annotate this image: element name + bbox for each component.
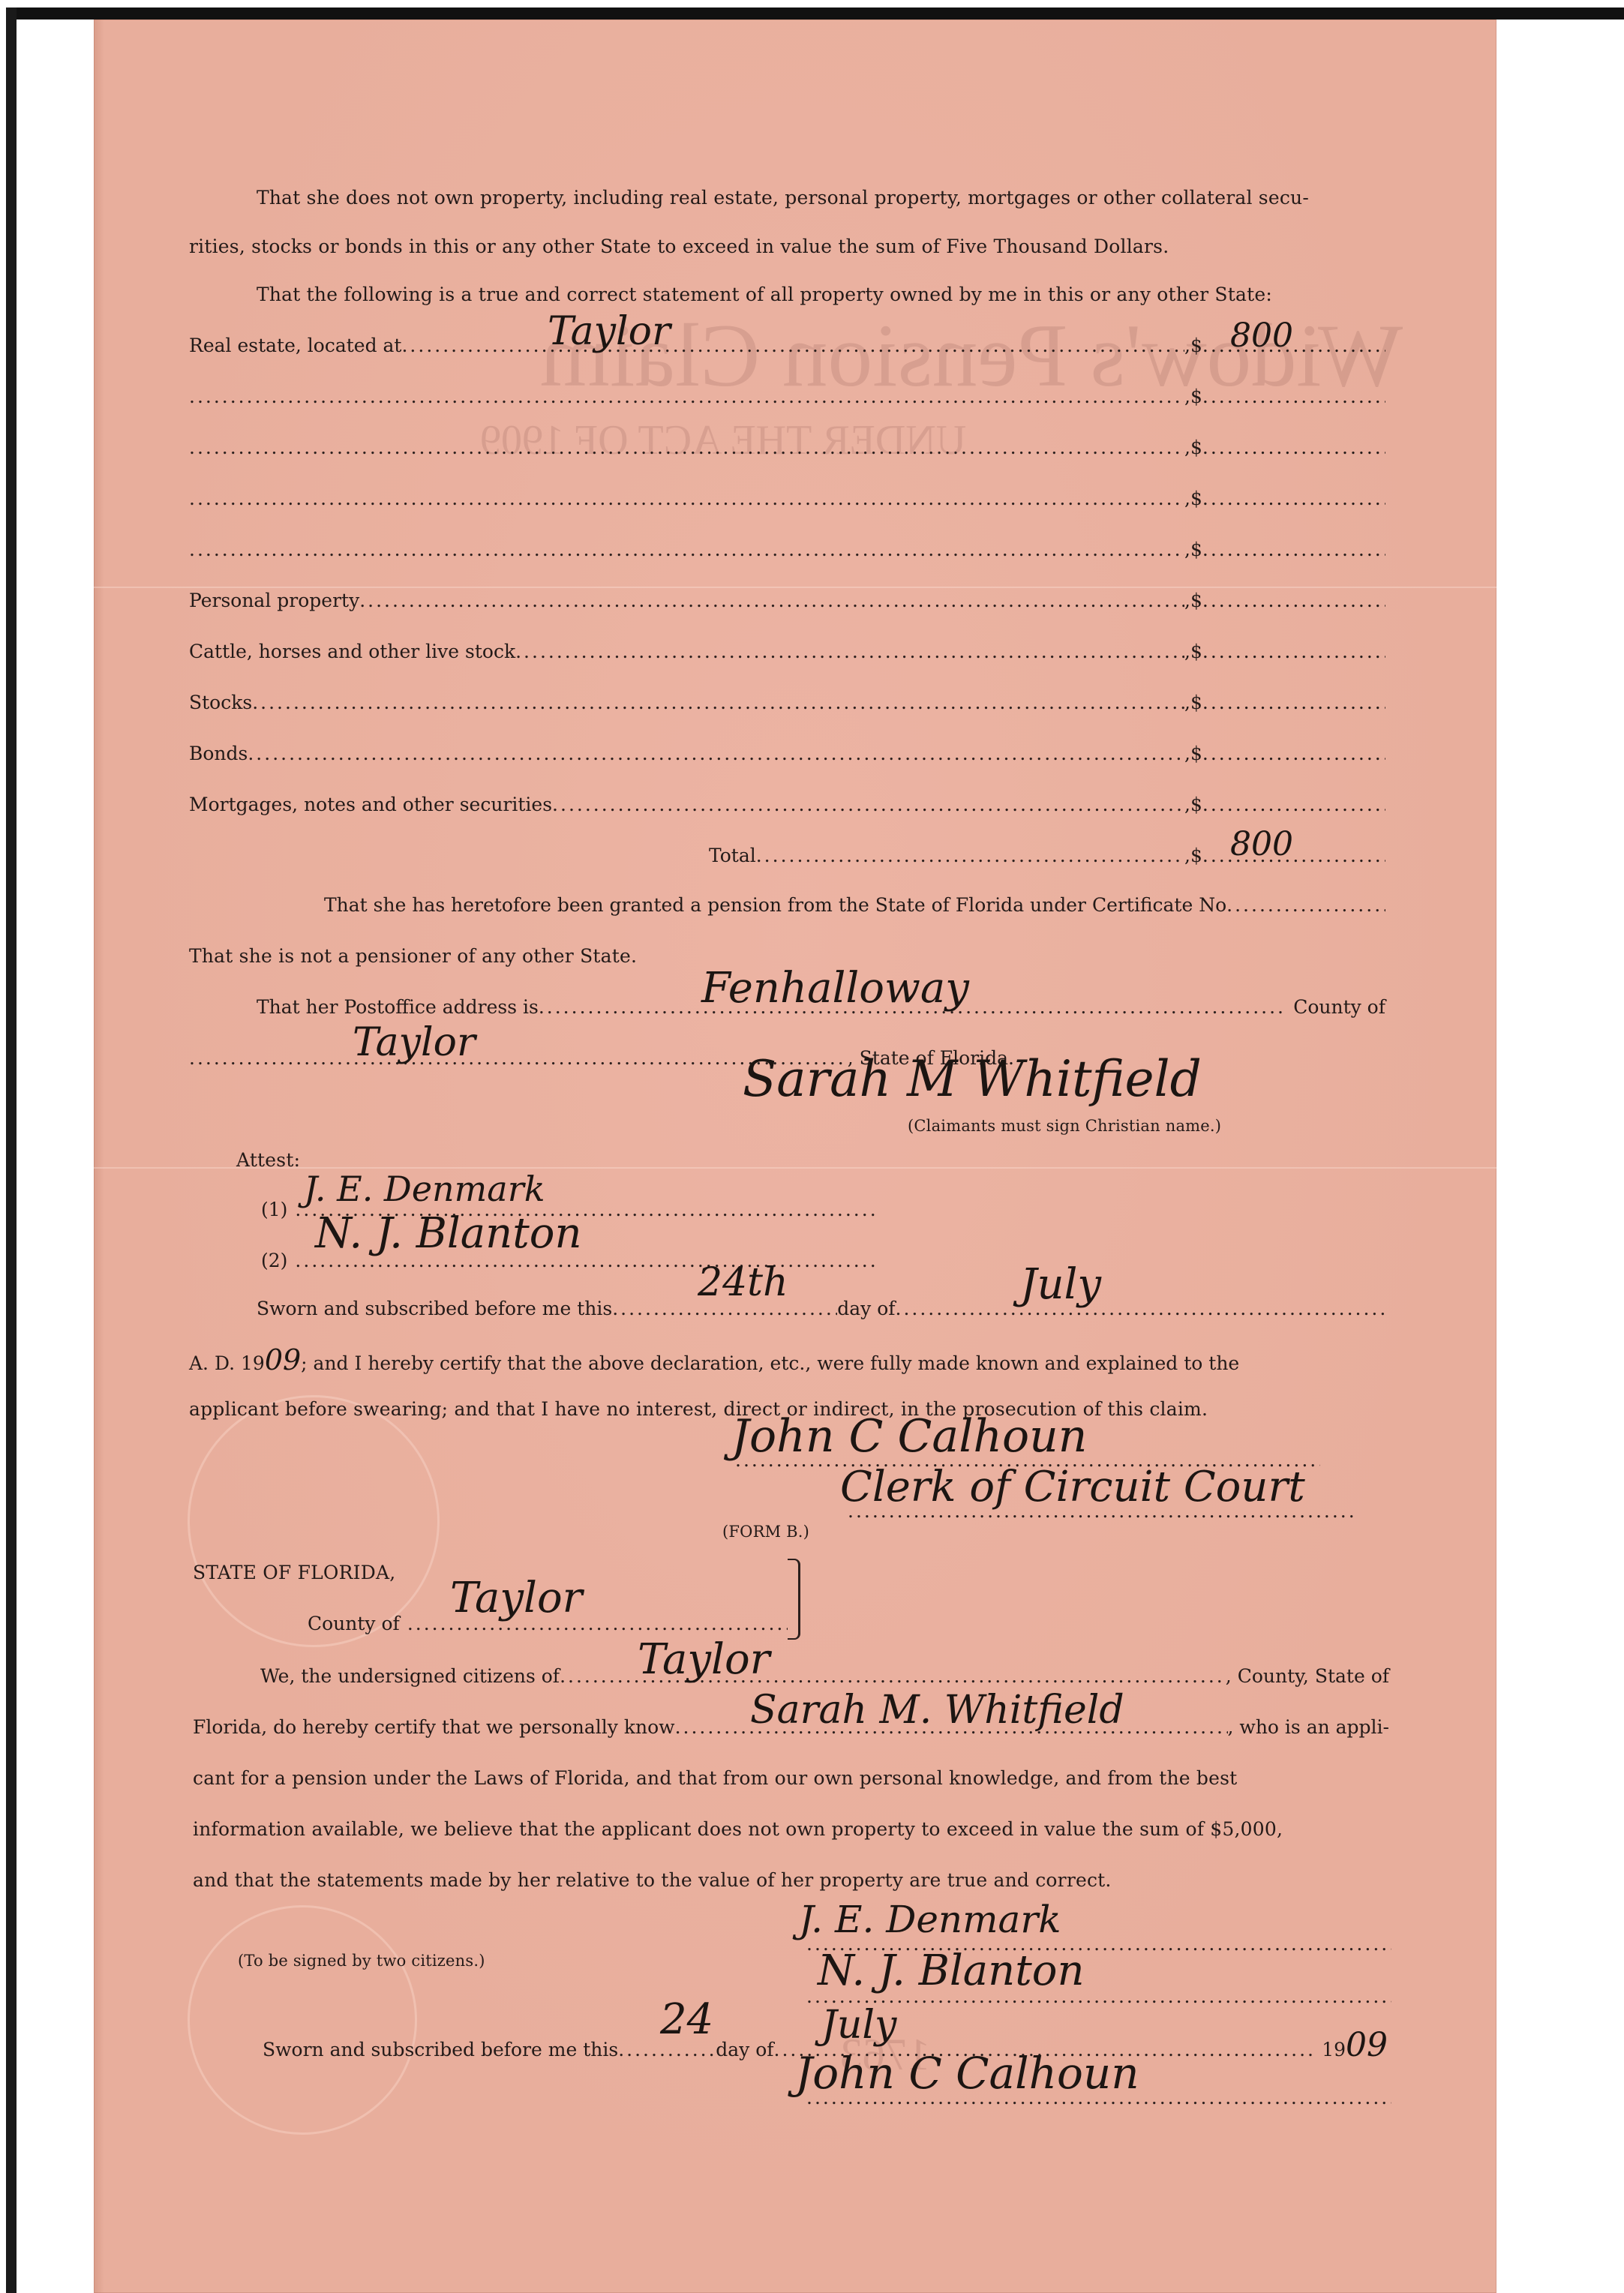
county-bracket — [788, 1559, 800, 1640]
paragraph-property-limit-line2: rities, stocks or bonds in this or any o… — [189, 234, 1385, 260]
citizens-county-handwritten: Taylor — [638, 1635, 770, 1684]
certify-line-1: A. D. 19 09 ; and I hereby certify that … — [189, 1347, 1385, 1376]
citizen-signature-2: N. J. Blanton — [818, 1946, 1085, 1995]
form-b-body-line: cant for a pension under the Laws of Flo… — [193, 1766, 1389, 1791]
form-b-heading: (FORM B.) — [722, 1519, 872, 1544]
form-b-county-handwritten: Taylor — [450, 1574, 582, 1622]
property-row-blank: , $ — [189, 384, 1385, 410]
claimant-note: (Claimants must sign Christian name.) — [908, 1113, 1358, 1139]
property-row-livestock: Cattle, horses and other live stock , $ — [189, 639, 1385, 665]
embossed-seal — [188, 1905, 417, 2135]
property-row-blank: , $ — [189, 537, 1385, 563]
property-row-bonds: Bonds , $ — [189, 741, 1385, 767]
form-b-officer-signature: John C Calhoun — [795, 2048, 1139, 2099]
total-amount-handwritten: 800 — [1230, 825, 1293, 863]
property-row-real-estate: Real estate, located at , $ — [189, 333, 1385, 359]
attest-signature-2: N. J. Blanton — [315, 1209, 582, 1258]
form-b-body-line: and that the statements made by her rela… — [193, 1868, 1389, 1893]
scan-border-top — [6, 8, 1624, 20]
real-estate-location-handwritten: Taylor — [548, 309, 671, 354]
scan-border-left — [6, 8, 17, 2293]
property-row-personal-property: Personal property , $ — [189, 588, 1385, 614]
statement-intro: That the following is a true and correct… — [189, 282, 1453, 308]
attest-signature-1: J. E. Denmark — [304, 1169, 545, 1209]
claimant-signature: Sarah M Whitfield — [743, 1050, 1202, 1108]
citizen-signature-1: J. E. Denmark — [799, 1898, 1061, 1941]
property-row-mortgages: Mortgages, notes and other securities , … — [189, 792, 1385, 818]
real-estate-amount-handwritten: 800 — [1230, 317, 1293, 355]
property-row-stocks: Stocks , $ — [189, 690, 1385, 716]
sworn-month-handwritten: July — [1020, 1260, 1101, 1309]
county-handwritten: Taylor — [353, 1020, 476, 1065]
form-b-sworn-day-handwritten: 24 — [660, 1995, 713, 2044]
property-row-blank: , $ — [189, 435, 1385, 461]
postoffice-handwritten: Fenhalloway — [701, 964, 969, 1013]
know-name-handwritten: Sarah M. Whitfield — [750, 1688, 1124, 1733]
form-b-body-line: information available, we believe that t… — [193, 1817, 1389, 1842]
officer-signature: John C Calhoun — [731, 1410, 1087, 1463]
form-b-year-handwritten: 09 — [1346, 2033, 1388, 2058]
row-label: Real estate, located at — [189, 333, 401, 359]
embossed-seal — [188, 1395, 440, 1647]
pension-certificate-line: That she has heretofore been granted a p… — [189, 893, 1385, 918]
form-b-sworn-month-handwritten: July — [821, 2003, 896, 2048]
citizens-line: We, the undersigned citizens of , County… — [193, 1664, 1389, 1689]
ad-year-handwritten: 09 — [265, 1347, 301, 1373]
paragraph-property-limit-line1: That she does not own property, includin… — [189, 185, 1453, 211]
property-row-blank: , $ — [189, 486, 1385, 512]
sworn-day-handwritten: 24th — [698, 1260, 788, 1305]
officer-title: Clerk of Circuit Court — [840, 1463, 1305, 1511]
